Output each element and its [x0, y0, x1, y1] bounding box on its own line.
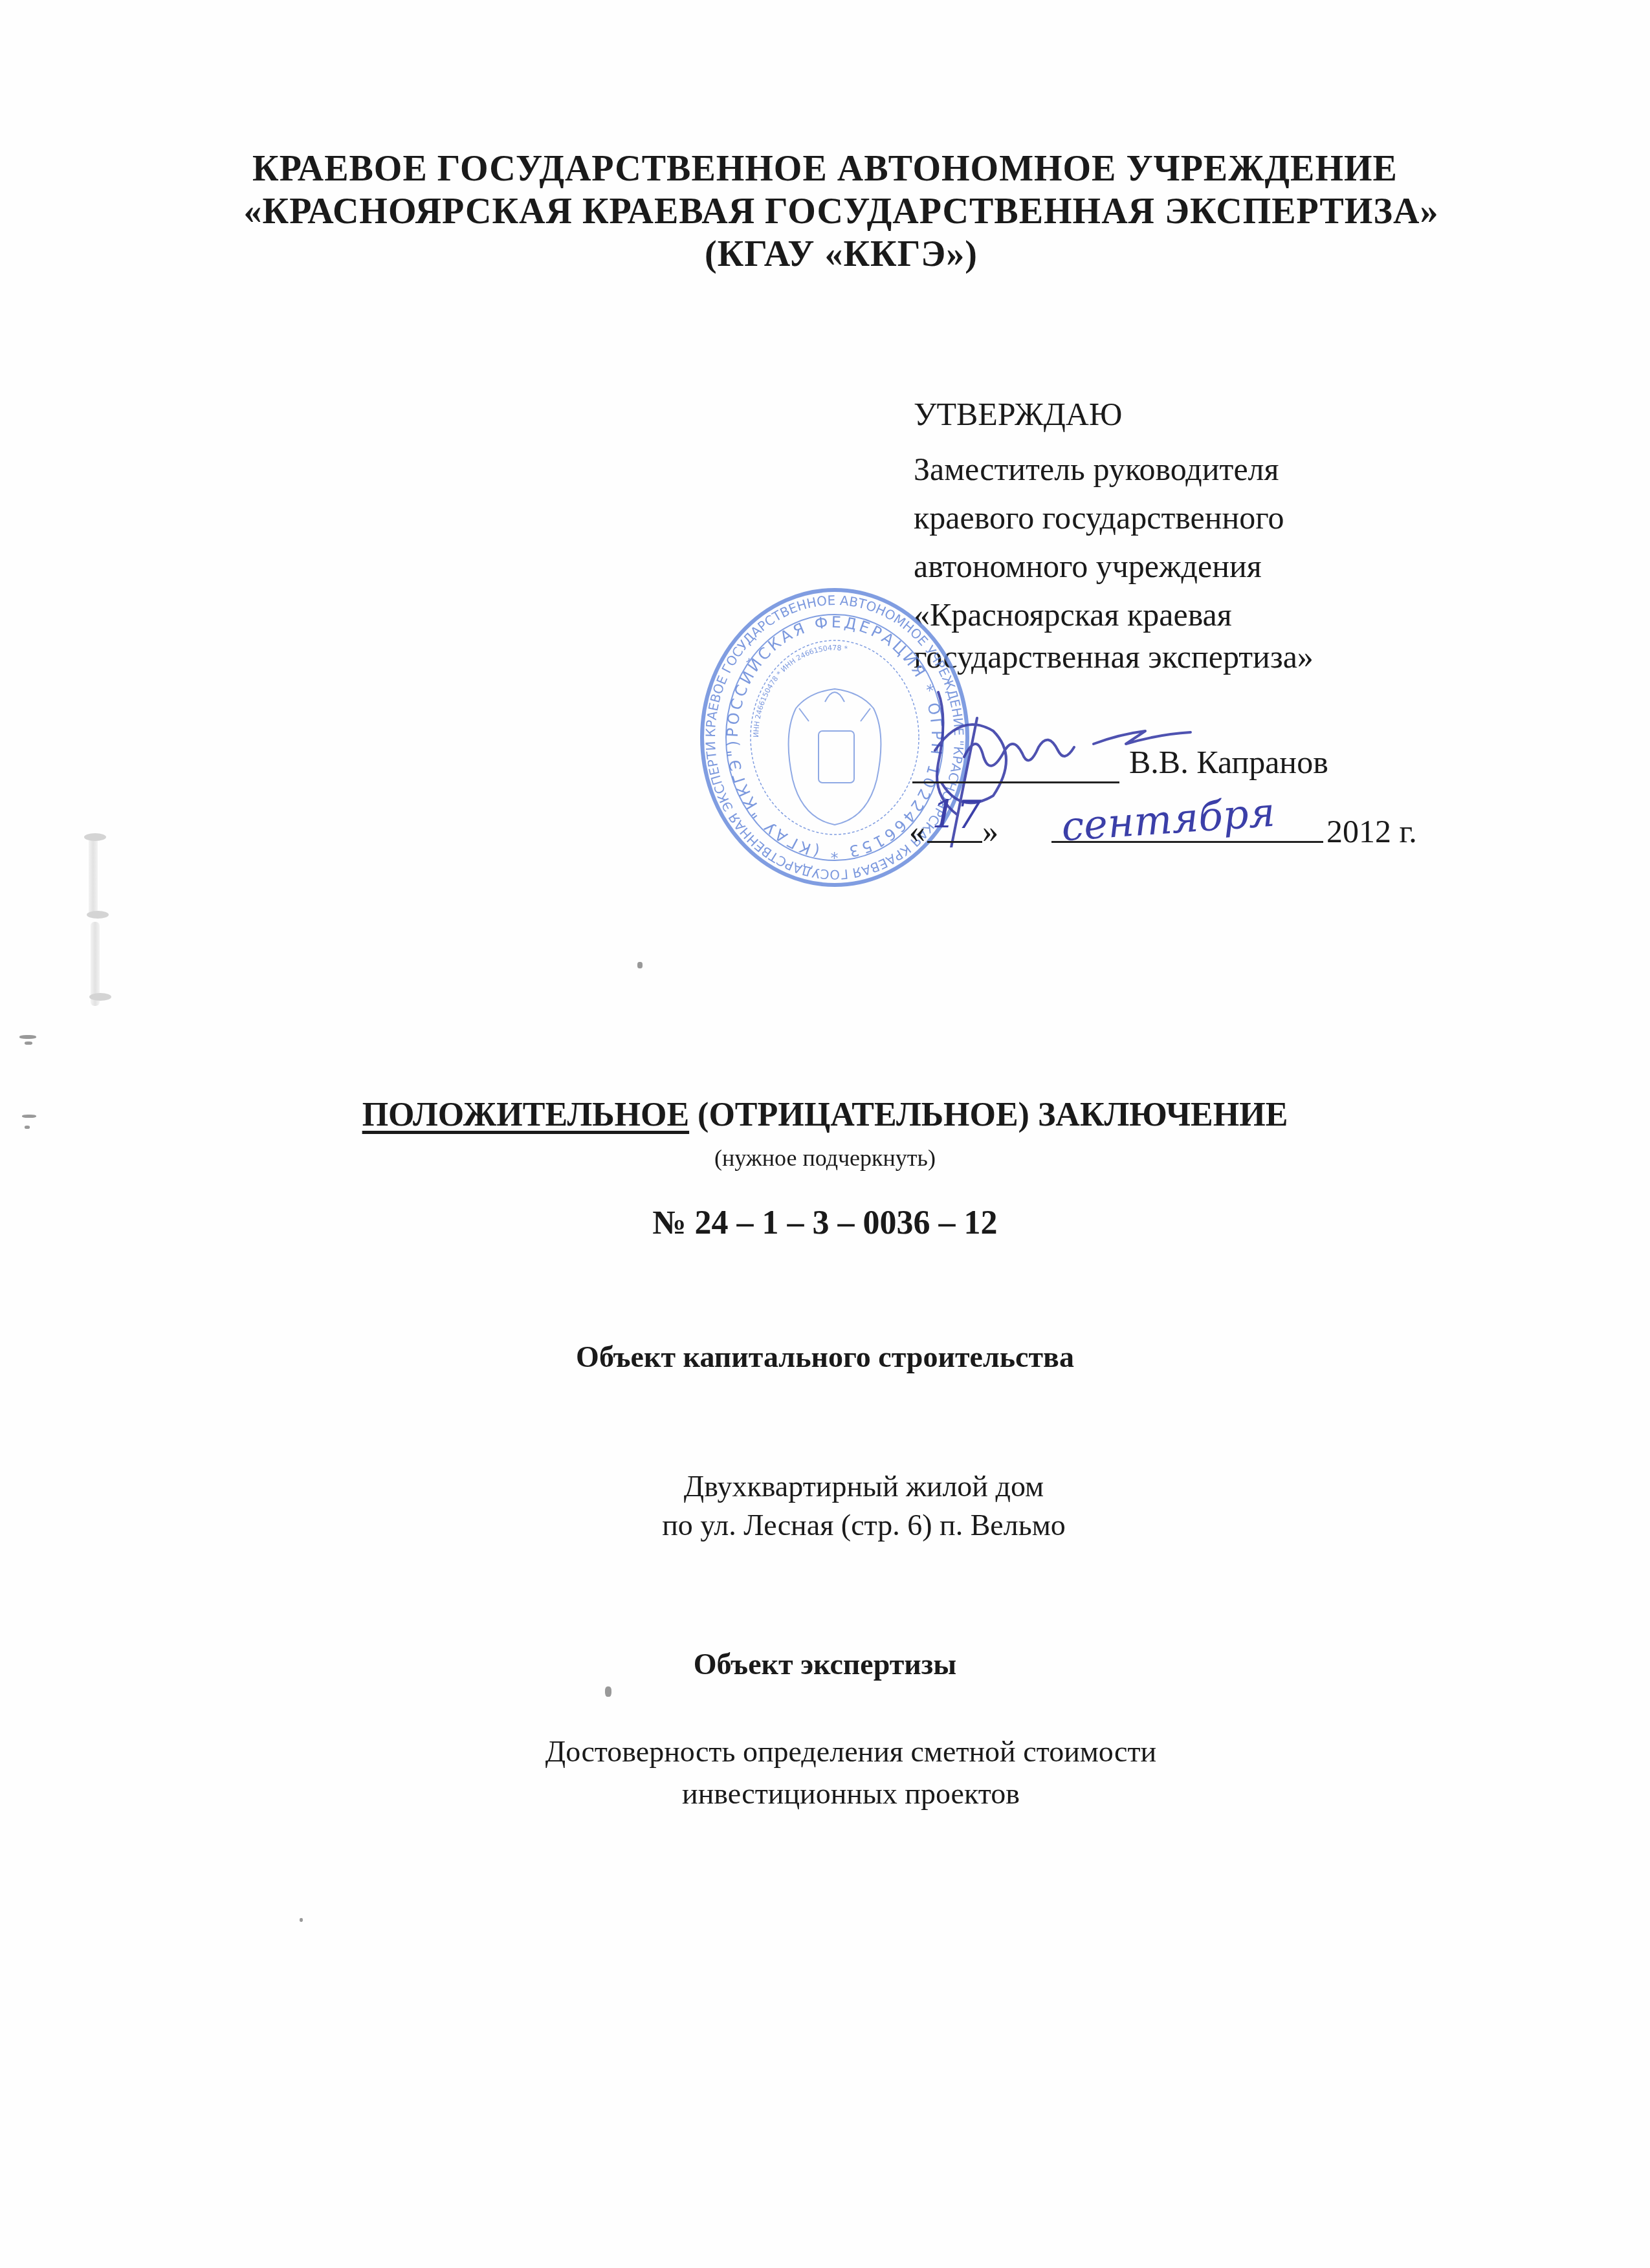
expertise-label: Объект экспертизы	[0, 1646, 1650, 1683]
object-name-line-2: по ул. Лесная (стр. 6) п. Вельмо	[39, 1507, 1650, 1543]
approver-position-line: Заместитель руководителя	[914, 450, 1279, 488]
approver-position-line: краевого государственного	[914, 498, 1284, 537]
approval-title: УТВЕРЖДАЮ	[914, 395, 1122, 433]
expertise-subject-line-1: Достоверность определения сметной стоимо…	[26, 1734, 1650, 1770]
binding-thread	[89, 834, 98, 915]
organization-abbreviation: (КГАУ «ККГЭ»)	[194, 233, 1488, 276]
object-label: Объект капитального строительства	[0, 1339, 1650, 1375]
scan-speck	[25, 1041, 32, 1045]
conclusion-title-rest: (ОТРИЦАТЕЛЬНОЕ) ЗАКЛЮЧЕНИЕ	[689, 1096, 1288, 1133]
date-day-handwritten: 17	[932, 792, 981, 838]
signature-line	[912, 781, 1119, 783]
scan-speck	[300, 1918, 303, 1922]
binding-knot	[84, 833, 106, 841]
approver-position-line: государственная экспертиза»	[914, 637, 1314, 676]
conclusion-hint: (нужное подчеркнуть)	[0, 1144, 1650, 1172]
conclusion-title: ПОЛОЖИТЕЛЬНОЕ (ОТРИЦАТЕЛЬНОЕ) ЗАКЛЮЧЕНИЕ	[0, 1095, 1650, 1135]
approver-position-line: автономного учреждения	[914, 547, 1262, 585]
date-year: 2012 г.	[1326, 812, 1417, 851]
date-open-quote: «	[909, 812, 925, 851]
binding-knot	[87, 911, 109, 919]
date-close-quote: »	[982, 812, 998, 851]
conclusion-number: № 24 – 1 – 3 – 0036 – 12	[0, 1203, 1650, 1243]
object-name-line-1: Двухквартирный жилой дом	[39, 1468, 1650, 1505]
organization-name-line-2: «КРАСНОЯРСКАЯ КРАЕВАЯ ГОСУДАРСТВЕННАЯ ЭК…	[194, 190, 1488, 233]
signer-name: В.В. Капранов	[1129, 743, 1328, 781]
scan-speck	[605, 1686, 611, 1697]
scan-speck	[19, 1035, 36, 1039]
date-day-line	[927, 841, 982, 843]
document-page: КРАЕВОЕ ГОСУДАРСТВЕННОЕ АВТОНОМНОЕ УЧРЕЖ…	[0, 0, 1650, 2268]
scan-speck	[637, 962, 643, 968]
expertise-subject-line-2: инвестиционных проектов	[26, 1776, 1650, 1812]
conclusion-type-selected: ПОЛОЖИТЕЛЬНОЕ	[362, 1096, 689, 1133]
coat-of-arms-icon	[789, 689, 881, 825]
organization-name-line-1: КРАЕВОЕ ГОСУДАРСТВЕННОЕ АВТОНОМНОЕ УЧРЕЖ…	[194, 147, 1456, 190]
binding-knot	[89, 993, 111, 1001]
